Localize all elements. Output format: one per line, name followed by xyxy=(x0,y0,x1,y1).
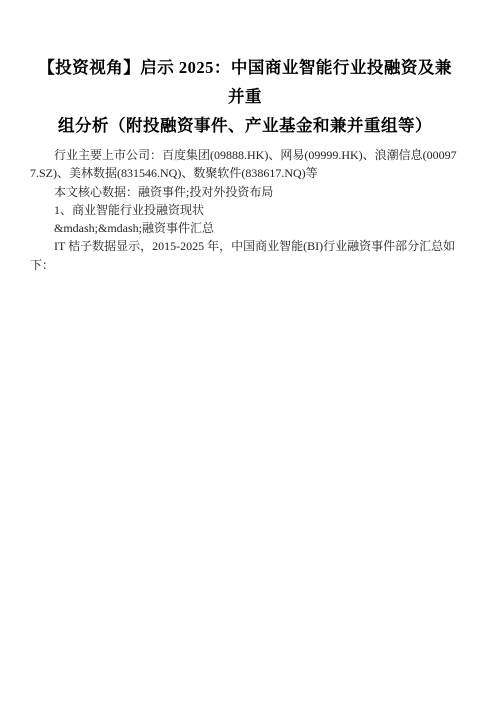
title-line-1: 【投资视角】启示 2025：中国商业智能行业投融资及兼并重 xyxy=(38,53,452,111)
paragraph-listed-companies: 行业主要上市公司：百度集团(09888.HK)、网易(09999.HK)、浪潮信… xyxy=(30,146,460,183)
document-page: 【投资视角】启示 2025：中国商业智能行业投融资及兼并重 组分析（附投融资事件… xyxy=(0,0,496,701)
document-body: 行业主要上市公司：百度集团(09888.HK)、网易(09999.HK)、浪潮信… xyxy=(30,146,460,274)
paragraph-section-heading: 1、商业智能行业投融资现状 xyxy=(30,201,460,219)
title-line-2: 组分析（附投融资事件、产业基金和兼并重组等） xyxy=(38,111,452,140)
paragraph-core-data: 本文核心数据：融资事件;投对外投资布局 xyxy=(30,183,460,201)
paragraph-data-intro: IT 桔子数据显示，2015-2025 年，中国商业智能(BI)行业融资事件部分… xyxy=(30,237,460,274)
paragraph-subsection-heading: &mdash;&mdash;融资事件汇总 xyxy=(30,219,460,237)
document-title: 【投资视角】启示 2025：中国商业智能行业投融资及兼并重 组分析（附投融资事件… xyxy=(38,53,452,140)
